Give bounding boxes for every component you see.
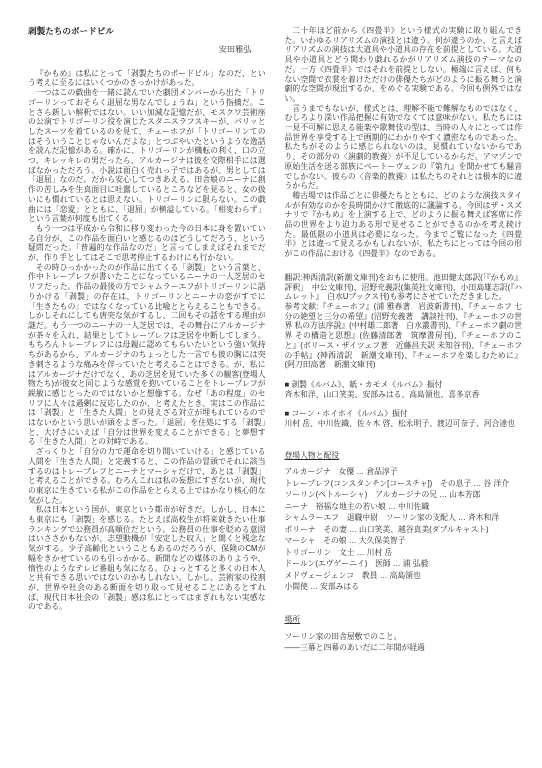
- essay-paragraph: 二十年ほど前から《四畳半》という様式の実験に取り組んできた。いわゆるリアリズムの…: [285, 26, 523, 104]
- essay-paragraph: 『かもめ』は私にとって「剥製たちのボードビル」なのだ、という考えに至るにはいくつ…: [28, 69, 266, 88]
- cast-row: トレープレフ(コンスタンチン[コースチャ]) その息子 … 谷 洋介: [285, 478, 523, 490]
- place-heading: 場所: [285, 615, 523, 625]
- cast-row: トリゴーリン 文士 … 川村 岳: [285, 547, 523, 559]
- prop-credit-label: ■ コーン・ホイホイ《ルバム》振付: [285, 409, 523, 419]
- cast-row: ドールン(エヴゲーニイ) 医師 … 浦 弘毅: [285, 558, 523, 570]
- cast-row: マーシャ その娘 … 大久保美智子: [285, 535, 523, 547]
- cast-row: メドヴェージェンコ 教員 … 高島領也: [285, 570, 523, 582]
- essay-paragraph: その時ひっかかったのが作品に出てくる「剥製」という言葉と、作中トレープレフが書い…: [28, 263, 266, 447]
- cast-row: ニーナ 裕福な地主の若い娘 … 中川佐織: [285, 501, 523, 513]
- place-line: ——三幕と四幕のあいだに二年間が経過: [285, 642, 523, 654]
- prop-credit-names: 斉木和洋、山口笑美、安部みはる、高島領也、喜多京香: [285, 390, 523, 400]
- program-page: 剥製たちのボードビル 安田雅弘 『かもめ』は私にとって「剥製たちのボードビル」な…: [0, 0, 542, 768]
- cast-row: アルカージナ 女優 … 倉品淳子: [285, 466, 523, 478]
- essay-paragraph: もう一つは平成から令和に移り変わった今の日本に身を置いている自分が、この作品を面…: [28, 224, 266, 263]
- essay-paragraph: 言うまでもないが、様式とは、理解不能で難解なものではなく、むしろより深い作品把握…: [285, 104, 523, 191]
- place-line: ソーリン家の田舎屋敷でのこと。: [285, 631, 523, 643]
- cast-row: シャムラーエフ 退職中尉 ソーリン家の支配人 … 斉木和洋: [285, 512, 523, 524]
- essay-author: 安田雅弘: [28, 45, 266, 55]
- prop-credit-label: ■ 剥製《ルバム》、紙・カモメ《ルバム》振付: [285, 380, 523, 390]
- cast-row: ポリーナ その妻 … 山口笑美、越谷真美(ダブルキャスト): [285, 524, 523, 536]
- translation-note: 翻訳:神西清訳(新潮文庫刊)をおもに使用。池田健太郎訳(「『かもめ』評釈」 中公…: [285, 273, 523, 302]
- cast-heading: 登場人物と配役: [285, 451, 523, 461]
- prop-credit-names: 川村 岳、中川佐織、佐々木 啓、松永明子、渡辺可奈子、河合達也: [285, 419, 523, 429]
- essay-paragraph: 私は日本という国が、東京という都市が好きだ。しかし、日本にも東京にも「剥製」を感…: [28, 505, 266, 612]
- essay-title: 剥製たちのボードビル: [28, 26, 266, 37]
- cast-row: ソーリン(ペトルーシャ) アルカージナの兄 … 山本芳郎: [285, 489, 523, 501]
- references-note: 参考文献:『チェーホフ』(浦 雅春著 岩波新書刊)、『チェーホフ 七分の絶望と三…: [285, 302, 523, 370]
- cast-row: 小間使 … 安部みはる: [285, 581, 523, 593]
- right-column: 二十年ほど前から《四畳半》という様式の実験に取り組んできた。いわゆるリアリズムの…: [285, 26, 523, 758]
- essay-paragraph: 一つはこの戯曲を一緒に読んでいた劇団メンバーから出た「トリゴーリンっておそらく退…: [28, 88, 266, 224]
- essay-paragraph: ざっくりと「自分の力で運命を切り開いていける」と感じている人間を「生きた人間」と…: [28, 447, 266, 505]
- essay-paragraph: 稽古場では作品ごとに俳優たちとともに、どのような演技スタイルが有効なのかを長時間…: [285, 191, 523, 259]
- left-column: 剥製たちのボードビル 安田雅弘 『かもめ』は私にとって「剥製たちのボードビル」な…: [28, 26, 266, 758]
